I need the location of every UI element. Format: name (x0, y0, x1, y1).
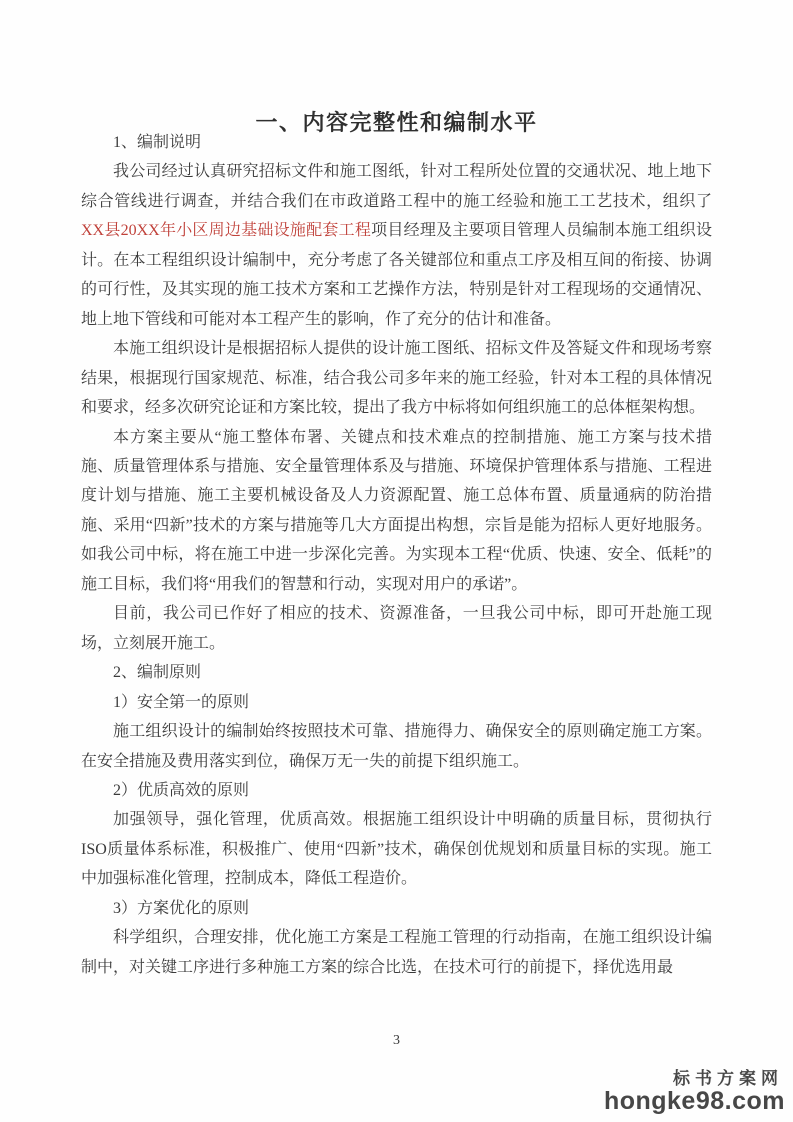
subsection-heading-2-2: 2）优质高效的原则 (81, 776, 712, 805)
paragraph: 本施工组织设计是根据招标人提供的设计施工图纸、招标文件及答疑文件和现场考察结果，… (81, 334, 712, 422)
highlighted-project-name: XX县20XX年小区周边基础设施配套工程 (81, 222, 371, 239)
watermark-site-url: hongke98.com (604, 1088, 785, 1114)
paragraph: 加强领导，强化管理，优质高效。根据施工组织设计中明确的质量目标，贯彻执行ISO质… (81, 805, 712, 893)
page-number: 3 (0, 1033, 793, 1049)
paragraph: 目前，我公司已作好了相应的技术、资源准备，一旦我公司中标，即可开赴施工现场，立刻… (81, 599, 712, 658)
document-body: 1、编制说明 我公司经过认真研究招标文件和施工图纸，针对工程所处位置的交通状况、… (81, 128, 712, 982)
paragraph: 科学组织，合理安排，优化施工方案是工程施工管理的行动指南，在施工组织设计编制中，… (81, 923, 712, 982)
subsection-heading-2-3: 3）方案优化的原则 (81, 894, 712, 923)
section-heading-1: 1、编制说明 (81, 128, 712, 157)
document-page: 一、内容完整性和编制水平 1、编制说明 我公司经过认真研究招标文件和施工图纸，针… (0, 0, 793, 1122)
watermark: 标书方案网 hongke98.com (604, 1070, 785, 1114)
subsection-heading-2-1: 1）安全第一的原则 (81, 688, 712, 717)
section-heading-2: 2、编制原则 (81, 658, 712, 687)
paragraph: 施工组织设计的编制始终按照技术可靠、措施得力、确保安全的原则确定施工方案。在安全… (81, 717, 712, 776)
paragraph: 本方案主要从“施工整体布署、关键点和技术难点的控制措施、施工方案与技术措施、质量… (81, 423, 712, 600)
watermark-site-name: 标书方案网 (604, 1070, 783, 1088)
paragraph: 我公司经过认真研究招标文件和施工图纸，针对工程所处位置的交通状况、地上地下综合管… (81, 157, 712, 334)
paragraph-text: 我公司经过认真研究招标文件和施工图纸，针对工程所处位置的交通状况、地上地下综合管… (81, 163, 712, 209)
